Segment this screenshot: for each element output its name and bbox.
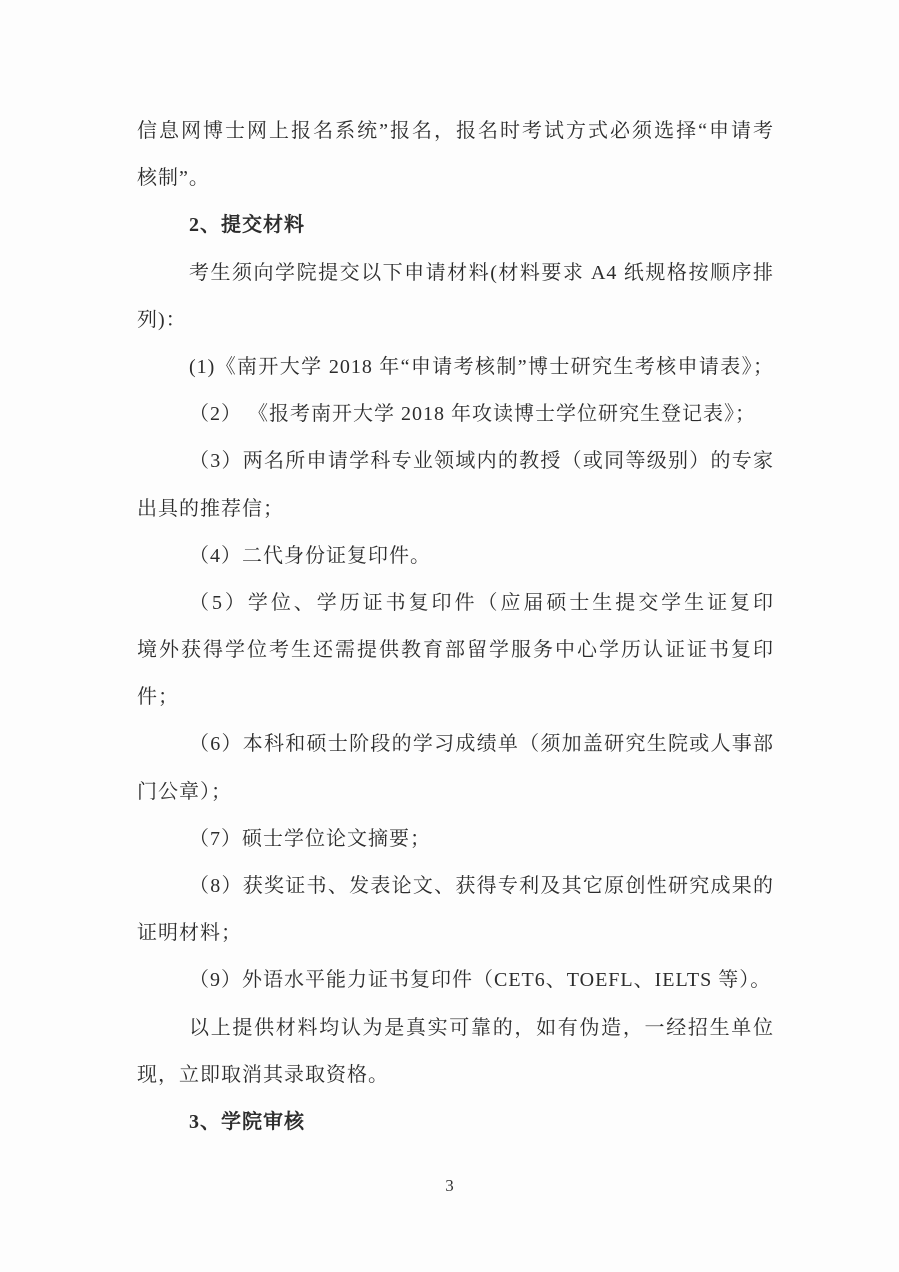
text-line: （2） 《报考南开大学 2018 年攻读博士学位研究生登记表》；	[137, 391, 774, 438]
text-content: 信息网博士网上报名系统”报名，报名时考试方式必须选择“申请考核制”。2、提交材料…	[137, 108, 774, 1146]
text-line: （4）二代身份证复印件。	[137, 533, 774, 580]
page-number: 3	[0, 1174, 899, 1198]
section-heading: 3、学院审核	[137, 1099, 774, 1146]
text-line: 信息网博士网上报名系统”报名，报名时考试方式必须选择“申请考	[137, 108, 774, 155]
text-line: （6）本科和硕士阶段的学习成绩单（须加盖研究生院或人事部	[137, 721, 774, 768]
text-line: （8）获奖证书、发表论文、获得专利及其它原创性研究成果的	[137, 863, 774, 910]
text-line: (1)《南开大学 2018 年“申请考核制”博士研究生考核申请表》；	[137, 344, 774, 391]
text-line: 列)：	[137, 297, 774, 344]
text-line: 以上提供材料均认为是真实可靠的，如有伪造，一经招生单位发	[137, 1005, 774, 1052]
text-line: 件；	[137, 674, 774, 721]
document-page: 信息网博士网上报名系统”报名，报名时考试方式必须选择“申请考核制”。2、提交材料…	[0, 0, 899, 1272]
text-line: 证明材料；	[137, 910, 774, 957]
text-line: （3）两名所申请学科专业领域内的教授（或同等级别）的专家	[137, 438, 774, 485]
text-line: 核制”。	[137, 155, 774, 202]
text-line: 现，立即取消其录取资格。	[137, 1052, 774, 1099]
text-line: 考生须向学院提交以下申请材料(材料要求 A4 纸规格按顺序排	[137, 250, 774, 297]
text-line: （5）学位、学历证书复印件（应届硕士生提交学生证复印件），	[137, 580, 774, 627]
text-line: （9）外语水平能力证书复印件（CET6、TOEFL、IELTS 等）。	[137, 957, 774, 1004]
section-heading: 2、提交材料	[137, 202, 774, 249]
text-line: 门公章）；	[137, 769, 774, 816]
text-line: （7）硕士学位论文摘要；	[137, 816, 774, 863]
text-line: 境外获得学位考生还需提供教育部留学服务中心学历认证证书复印	[137, 627, 774, 674]
text-line: 出具的推荐信；	[137, 486, 774, 533]
